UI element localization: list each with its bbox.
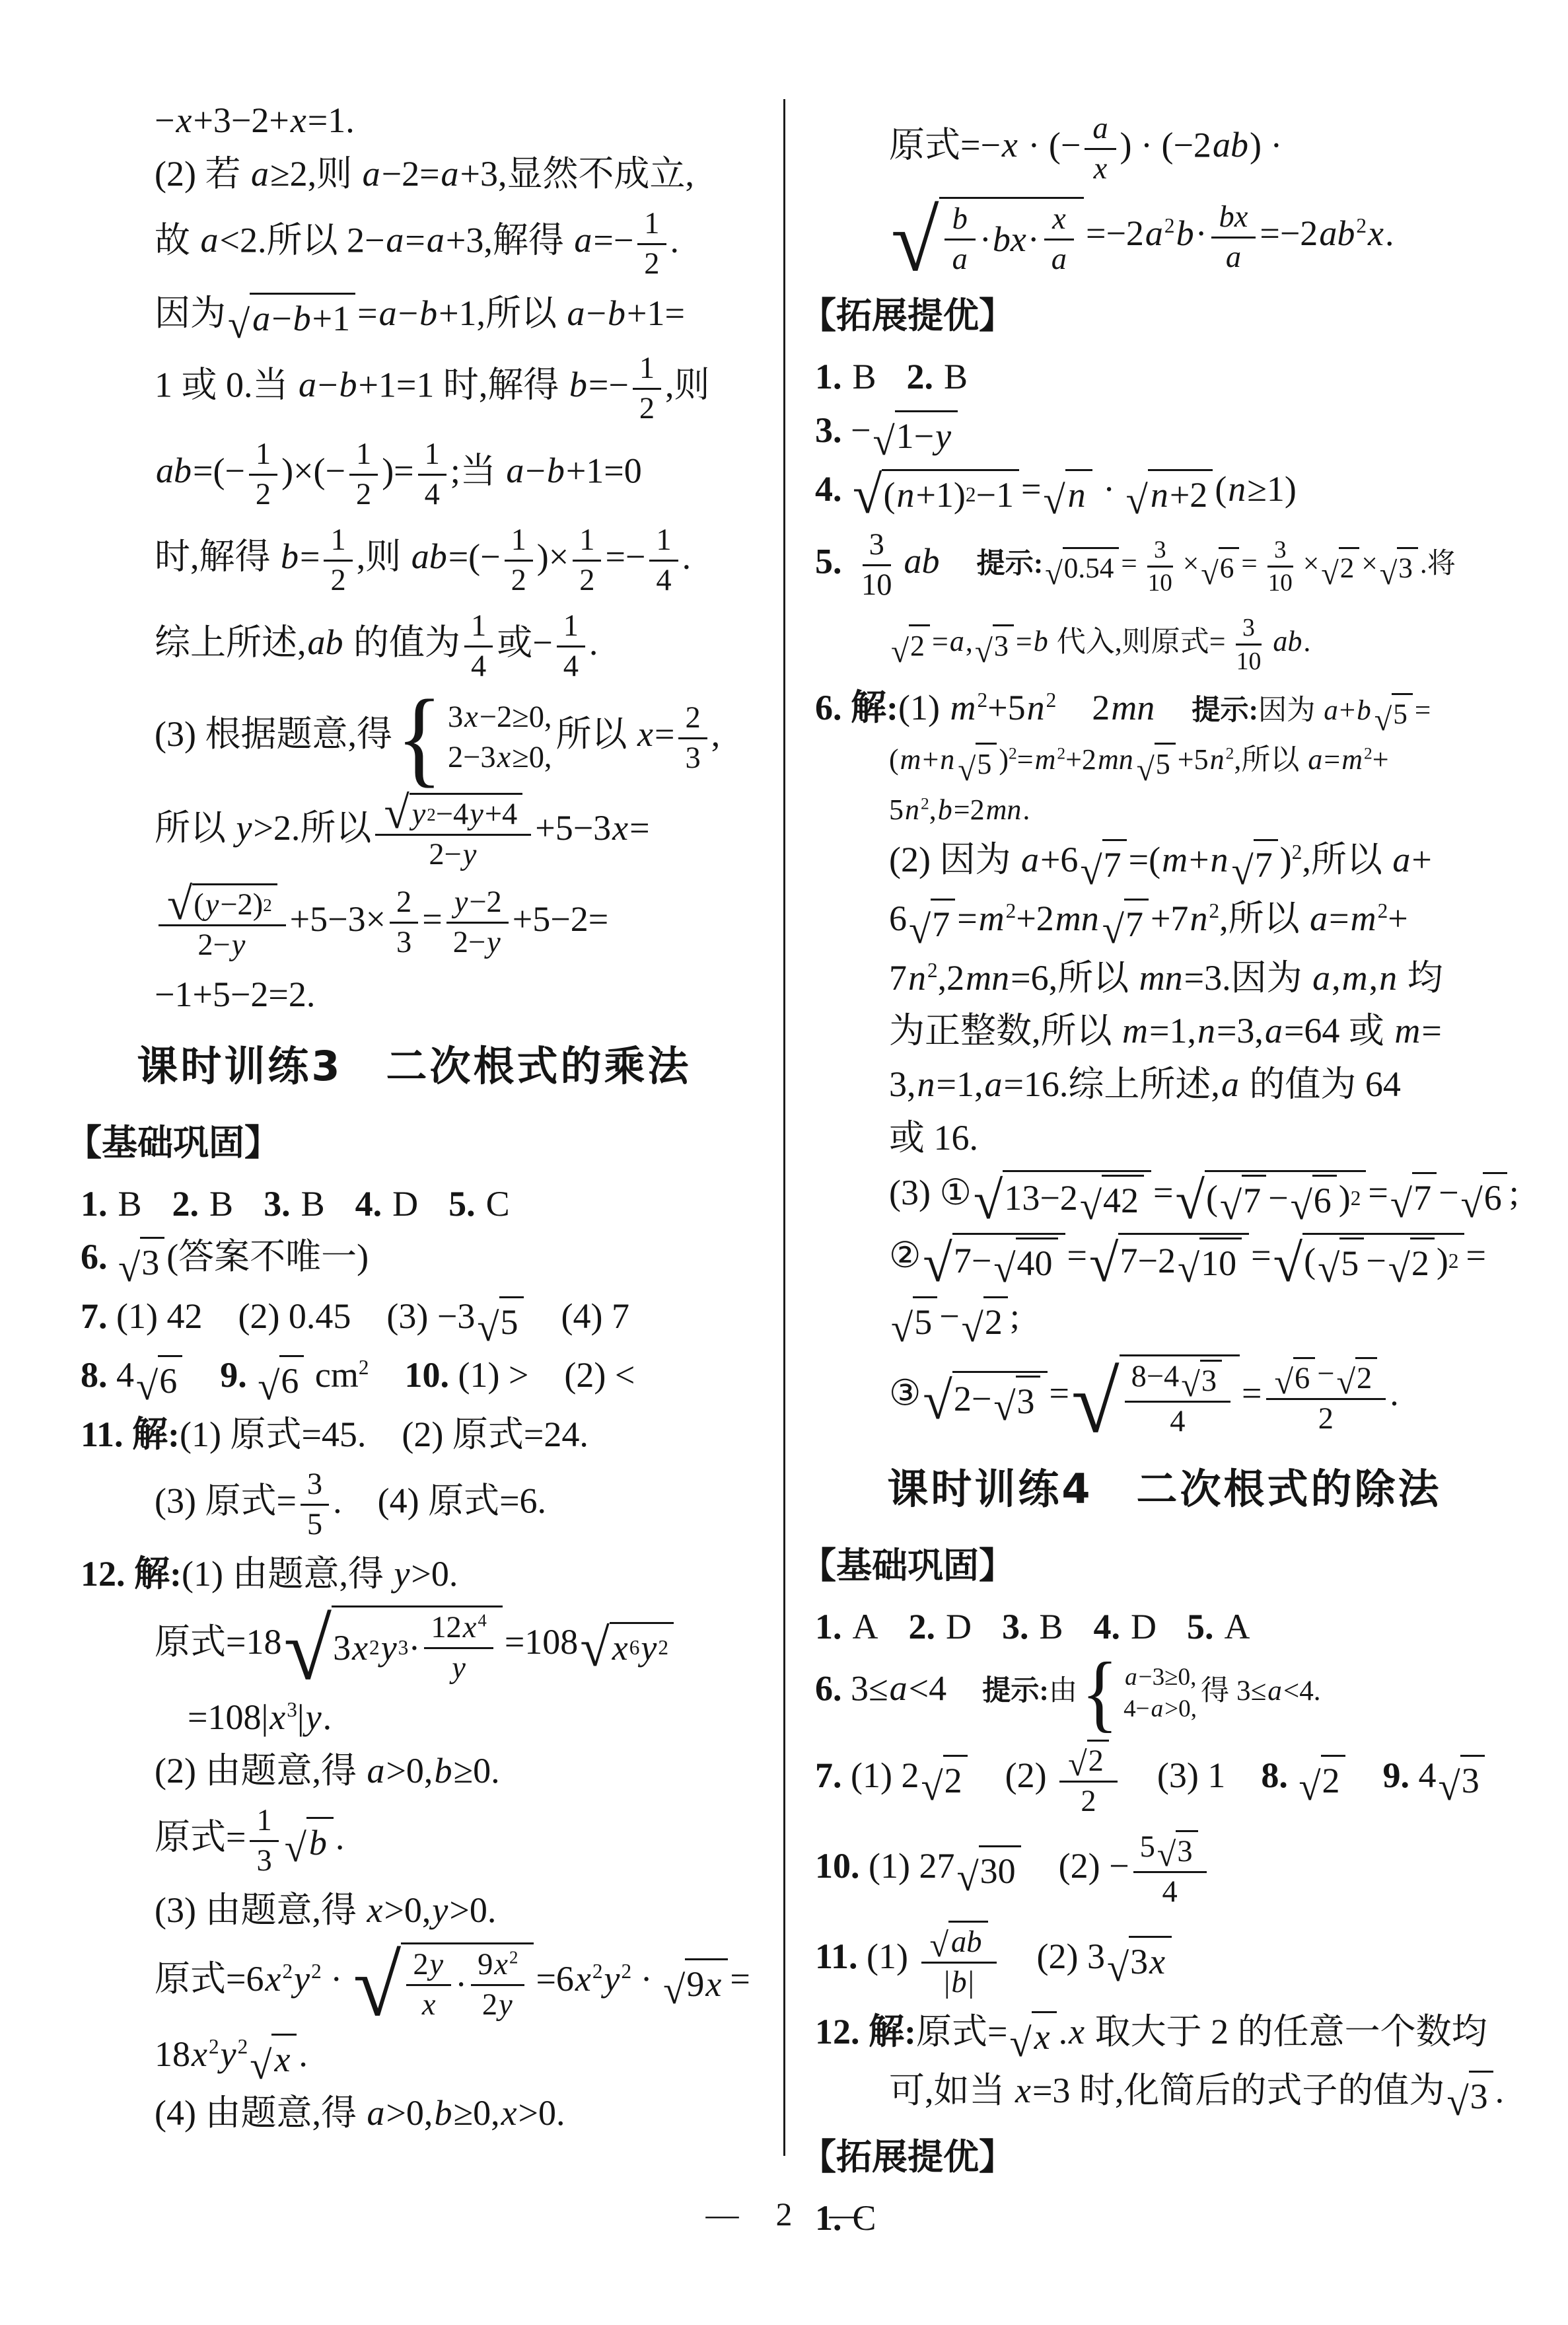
radical-sign: √ — [228, 308, 250, 342]
radical: √7 — [1390, 1172, 1437, 1220]
footer-dash-right: — — [830, 2196, 863, 2233]
superscript: 3 — [287, 1698, 297, 1721]
radical: √7−2√10 — [1089, 1233, 1249, 1285]
math-line: 因为√a−b+1=a−b+1,所以 a−b+1= — [63, 292, 765, 341]
fraction: √ab|b| — [921, 1920, 997, 2000]
radical: √6 — [136, 1355, 182, 1403]
math-line: ab=(−12)×(−12)=14;当 a−b+1=0 — [63, 437, 765, 512]
radical-sign: √ — [1043, 484, 1065, 517]
chapter-heading: 课时训练3 二次根式的乘法 — [63, 1033, 765, 1092]
answer-number: 4. — [355, 1184, 382, 1224]
radical-sign: √ — [1175, 1178, 1204, 1224]
radical: √7 — [1232, 839, 1278, 887]
radical: √2 — [1321, 547, 1359, 586]
math-line: 6√7=m2+2mn√7+7n2,所以 a=m2+ — [798, 897, 1531, 946]
answer-number: 5. — [1187, 1607, 1214, 1646]
radical-sign: √ — [580, 1625, 609, 1671]
answer-letter: D — [946, 1607, 972, 1646]
math-line: 3. −√1−y — [798, 409, 1531, 458]
radical-sign: √ — [136, 1370, 158, 1403]
fraction: √22 — [1059, 1739, 1118, 1819]
bold-text: 6. — [815, 688, 842, 727]
right-column: 原式=−x · (−ax) · (−2ab) ·√ba·bx·xa=−2a2b·… — [798, 111, 1531, 2250]
answer-number: 1. — [815, 357, 842, 396]
math-line: 12. 解:原式=√x.x 取大于 2 的任意一个数均 — [798, 2011, 1531, 2059]
radical: √1−y — [873, 410, 958, 458]
bold-text: 8. — [81, 1355, 108, 1395]
superscript: 2 — [209, 2035, 219, 2058]
fraction: √(y−2)22−y — [159, 883, 286, 963]
superscript: 2 — [921, 793, 929, 813]
radical: √3x — [1107, 1936, 1172, 1983]
superscript: 2 — [1009, 743, 1017, 762]
superscript: 2 — [509, 1947, 518, 1967]
radical-sign: √ — [1273, 1241, 1302, 1286]
math-line: 7n2,2mn=6,所以 mn=3.因为 a,m,n 均 — [798, 957, 1531, 1000]
superscript: 2 — [1057, 743, 1065, 762]
radical-sign: √ — [477, 1311, 499, 1345]
section-label: 【拓展提优】 — [798, 2129, 1531, 2180]
radical: √13−2√42 — [974, 1170, 1151, 1222]
superscript: 2 — [1226, 743, 1234, 762]
radical-sign: √ — [1102, 913, 1124, 947]
superscript: 2 — [977, 688, 987, 712]
bold-text: 提示: — [1192, 695, 1258, 726]
math-line: (3) 原式=35. (4) 原式=6. — [63, 1467, 765, 1542]
math-line: (3) ①√13−2√42=√(√7−√6)2=√7−√6; — [798, 1170, 1531, 1222]
math-line: (2) 若 a≥2,则 a−2=a+3,显然不成立, — [63, 153, 765, 196]
radical: √(√7−√6)2 — [1175, 1170, 1366, 1222]
answer-letter: C — [486, 1184, 510, 1224]
fraction: xa — [1044, 202, 1075, 277]
radical: √3 — [1380, 547, 1418, 586]
answer-letter: A — [853, 1607, 878, 1646]
bold-text: 11. — [815, 1937, 858, 1976]
radical-sign: √ — [993, 1390, 1015, 1424]
chapter-heading: 课时训练4 二次根式的除法 — [798, 1456, 1531, 1515]
radical-sign: √ — [1071, 1366, 1120, 1440]
fraction: 12 — [633, 351, 661, 426]
math-line: 6. √3(答案不唯一) — [63, 1236, 765, 1284]
bold-text: 7. — [815, 1755, 842, 1795]
math-line: −x+3−2+x=1. — [63, 99, 765, 142]
math-line: 为正整数,所以 m=1,n=3,a=64 或 m= — [798, 1010, 1531, 1052]
bold-text: 9. — [1383, 1755, 1410, 1795]
math-line: 12. 解:(1) 由题意,得 y>0. — [63, 1553, 765, 1596]
superscript: 2 — [1006, 899, 1016, 922]
bold-text: 11. — [81, 1415, 124, 1454]
math-line: 11. 解:(1) 原式=45. (2) 原式=24. — [63, 1413, 765, 1456]
radical-sign: √ — [1045, 560, 1063, 587]
workbook-answer-page: −x+3−2+x=1.(2) 若 a≥2,则 a−2=a+3,显然不成立,故 a… — [0, 0, 1568, 2325]
math-line: √ba·bx·xa=−2a2b·bxa=−2ab2x. — [798, 197, 1531, 277]
radical: √40 — [993, 1237, 1057, 1285]
radical: √(y−2)2 — [167, 883, 277, 922]
fraction: 12 — [349, 437, 378, 512]
math-line: (3) 根据题意,得{3x−2≥0,2−3x≥0,所以 x=23, — [63, 694, 765, 781]
math-line: √2=a,√3=b 代入,则原式=310ab. — [798, 613, 1531, 676]
math-line: 时,解得 b=12,则 ab=(−12)×12=−14. — [63, 523, 765, 598]
math-line: (2) 由题意,得 a>0,b≥0. — [63, 1750, 765, 1792]
radical-sign: √ — [1275, 1368, 1294, 1397]
radical-sign: √ — [962, 1311, 983, 1345]
radical-sign: √ — [975, 638, 993, 665]
fraction: 12 — [505, 523, 533, 598]
math-line: 故 a<2.所以 2−a=a+3,解得 a=−12. — [63, 206, 765, 281]
radical-sign: √ — [1232, 854, 1254, 888]
answer-letter: B — [301, 1184, 325, 1224]
answer-row: 1.B2.B — [798, 355, 1531, 398]
radical: √7 — [909, 899, 955, 946]
radical: √5 — [1137, 743, 1176, 782]
bold-text: 6. — [815, 1668, 842, 1708]
radical-sign: √ — [923, 1241, 952, 1286]
radical: √ab — [930, 1921, 989, 1960]
fraction: 5√34 — [1133, 1829, 1207, 1909]
radical-sign: √ — [993, 1252, 1015, 1286]
radical-sign: √ — [258, 1370, 279, 1403]
fraction: 14 — [418, 437, 446, 512]
hint-text: 提示:因为 a+b√5= — [1192, 695, 1431, 726]
bold-text: 10. — [815, 1846, 860, 1886]
bold-text: 5. — [815, 541, 842, 581]
radical-sign: √ — [1009, 2026, 1031, 2060]
answer-letter: B — [118, 1184, 142, 1224]
fraction: 310 — [855, 527, 898, 603]
radical: √42 — [1080, 1175, 1144, 1222]
radical-sign: √ — [1201, 560, 1219, 587]
answer-letter: B — [209, 1184, 233, 1224]
superscript: 4 — [478, 1611, 486, 1631]
radical-sign: √ — [853, 472, 882, 518]
radical-sign: √ — [250, 2049, 271, 2083]
superscript: 2 — [1364, 743, 1372, 762]
radical: √5 — [477, 1296, 523, 1344]
radical-sign: √ — [167, 885, 192, 924]
radical: √a−b+1 — [228, 293, 355, 340]
math-line: 所以 y>2.所以√y2−4y+42−y+5−3x= — [63, 792, 765, 871]
radical: √7−√40 — [923, 1233, 1065, 1285]
answer-number: 2. — [907, 357, 934, 396]
math-line: √(y−2)22−y+5−3×23=y−22−y+5−2= — [63, 883, 765, 963]
fraction: 12 — [573, 523, 601, 598]
math-line: 8. 4√6 9. √6 cm2 10. (1) > (2) < — [63, 1354, 765, 1403]
radical: √2 — [891, 624, 930, 664]
fraction: 23 — [678, 700, 707, 776]
bold-text: 9. — [220, 1355, 247, 1395]
math-line: (m+n√5)2=m2+2mn√5+5n2,所以 a=m2+ — [798, 743, 1531, 782]
radical-sign: √ — [1299, 1770, 1320, 1804]
hint-text: 提示:由{a−3≥0,4−a>0,得 3≤a<4. — [982, 1676, 1321, 1707]
bold-text: 解: — [134, 1554, 182, 1594]
bold-text: 解: — [132, 1415, 180, 1454]
math-line: 综上所述,ab 的值为14或−14. — [63, 609, 765, 684]
section-label: 【基础巩固】 — [798, 1537, 1531, 1588]
fraction: √6−√22 — [1266, 1356, 1386, 1436]
answer-letter: B — [853, 357, 876, 396]
math-line: 原式=18√3x2y3·12x4y=108√x6y2 — [63, 1605, 765, 1685]
radical-sign: √ — [663, 1974, 685, 2007]
page-number: 2 — [776, 2196, 793, 2233]
radical-sign: √ — [1318, 1252, 1339, 1286]
math-line: ②√7−√40=√7−2√10=√(√5−√2)2= — [798, 1233, 1531, 1285]
radical: √(n+1)2−1 — [853, 469, 1019, 517]
superscript: 2 — [238, 2035, 248, 2058]
radical-sign: √ — [1461, 1187, 1483, 1221]
bold-text: 提示: — [982, 1676, 1049, 1707]
section-label: 【基础巩固】 — [63, 1115, 765, 1165]
radical: √8−4√34 — [1071, 1354, 1240, 1439]
fraction: 35 — [301, 1467, 329, 1542]
math-line: 5. 310ab 提示:√0.54=310×√6=310×√2×√3.将 — [798, 527, 1531, 603]
math-line: 7. (1) 42 (2) 0.45 (3) −3√5 (4) 7 — [63, 1295, 765, 1344]
radical-sign: √ — [873, 425, 894, 459]
math-line: (4) 由题意,得 a>0,b≥0,x>0. — [63, 2092, 765, 2135]
radical: √0.54 — [1045, 547, 1119, 586]
footer-dash-left: — — [706, 2196, 739, 2233]
answer-row: 1.B2.B3.B4.D5.C — [63, 1183, 765, 1226]
answer-row: 1.A2.D3.B4.D5.A — [798, 1605, 1531, 1648]
radical-sign: √ — [1291, 1189, 1312, 1223]
superscript: 2 — [622, 1960, 632, 1983]
math-line: 10. (1) 27√30 (2) −5√34 — [798, 1829, 1531, 1909]
fraction: ba — [944, 202, 976, 277]
radical: √9x — [663, 1958, 728, 2006]
math-line: 5n2,b=2mn. — [798, 793, 1531, 828]
radical: √5 — [1318, 1237, 1364, 1285]
radical: √2 — [1388, 1237, 1435, 1285]
radical: √7 — [1102, 899, 1149, 946]
answer-number: 2. — [909, 1607, 936, 1646]
radical-sign: √ — [285, 1831, 306, 1865]
radical-sign: √ — [1380, 560, 1398, 587]
fraction: 23 — [390, 885, 418, 960]
radical: √5 — [1374, 693, 1413, 732]
math-line: 原式=13√b. — [63, 1803, 765, 1878]
fraction: 9x22y — [471, 1947, 524, 2022]
superscript: 2 — [1164, 214, 1175, 237]
math-line: 7. (1) 2√2 (2) √22 (3) 1 8. √2 9. 4√3 — [798, 1739, 1531, 1819]
bold-text: 解: — [851, 688, 898, 727]
fraction: 12 — [249, 437, 277, 512]
brace-cases: {3x−2≥0,2−3x≥0, — [396, 694, 552, 781]
upright-text: cm — [315, 1355, 359, 1395]
math-line: ③√2−√3=√8−4√34=√6−√22. — [798, 1354, 1531, 1439]
fraction: 310 — [1141, 536, 1179, 597]
bold-text: 12. — [815, 2012, 860, 2051]
radical: √2yx·9x22y — [353, 1942, 534, 2022]
radical: √5 — [891, 1296, 937, 1344]
radical-sign: √ — [1089, 1241, 1118, 1286]
radical-sign: √ — [283, 1613, 332, 1687]
radical-sign: √ — [1181, 1371, 1200, 1400]
math-line: 1 或 0.当 a−b+1=1 时,解得 b=−12,则 — [63, 351, 765, 426]
radical: √3x2y3·12x4y — [283, 1605, 502, 1685]
radical: √5 — [958, 743, 997, 782]
answer-number: 1. — [81, 1184, 108, 1224]
fraction: 13 — [250, 1803, 278, 1878]
bold-text: 7. — [81, 1296, 108, 1336]
fraction: 14 — [464, 609, 493, 684]
radical-sign: √ — [1157, 1841, 1176, 1870]
radical: √3 — [993, 1376, 1040, 1423]
superscript: 2 — [1292, 840, 1302, 864]
radical: √2 — [962, 1296, 1008, 1344]
fraction: 310 — [1230, 613, 1268, 676]
hint-text: 提示:√0.54=310×√6=310×√2×√3.将 — [976, 548, 1455, 579]
math-line: 原式=−x · (−ax) · (−2ab) · — [798, 111, 1531, 186]
radical-sign: √ — [923, 1378, 952, 1424]
fraction: √y2−4y+42−y — [375, 792, 531, 871]
radical-sign: √ — [909, 913, 931, 947]
radical: √2−√3 — [923, 1371, 1047, 1423]
radical-sign: √ — [974, 1178, 1003, 1224]
radical: √x — [250, 2034, 297, 2081]
radical-sign: √ — [1080, 854, 1102, 888]
radical: √x6y2 — [580, 1622, 674, 1670]
radical: √6 — [1461, 1172, 1507, 1220]
radical: √3 — [1181, 1360, 1222, 1399]
radical: √3 — [975, 624, 1014, 664]
math-line: 或 16. — [798, 1117, 1531, 1160]
column-divider-rule — [783, 99, 785, 2156]
math-line: 6. 解:(1) m2+5n2 2mn 提示:因为 a+b√5= — [798, 686, 1531, 733]
answer-letter: D — [1131, 1607, 1157, 1646]
radical: √b — [285, 1817, 334, 1864]
bold-text: 6. — [81, 1237, 108, 1276]
radical-sign: √ — [1126, 484, 1148, 517]
superscript: 2 — [359, 1356, 369, 1379]
answer-number: 3. — [1002, 1607, 1029, 1646]
superscript: 2 — [927, 959, 938, 982]
math-line: 可,如当 x=3 时,化简后的式子的值为√3. — [798, 2069, 1531, 2118]
radical-sign: √ — [956, 1861, 978, 1894]
math-line: 18x2y2√x. — [63, 2033, 765, 2082]
left-brace-glyph: { — [1081, 1654, 1118, 1732]
bold-text: 解: — [869, 2012, 916, 2051]
bold-text: 3. — [815, 410, 842, 450]
radical: √7 — [1220, 1175, 1266, 1222]
radical: √2 — [1068, 1740, 1109, 1779]
radical: √6 — [1201, 547, 1239, 586]
answer-number: 1. — [815, 1607, 842, 1646]
radical-sign: √ — [118, 1251, 140, 1285]
radical-sign: √ — [1321, 560, 1339, 587]
answer-letter: A — [1225, 1607, 1250, 1646]
superscript: 2 — [1356, 214, 1367, 237]
bold-text: 提示: — [976, 548, 1043, 579]
radical: √3 — [118, 1237, 164, 1284]
radical-sign: √ — [1107, 1951, 1129, 1985]
math-line: 原式=6x2y2 · √2yx·9x22y=6x2y2 · √9x= — [63, 1942, 765, 2022]
bold-text: 10. — [405, 1355, 450, 1395]
math-line: =108|x3|y. — [63, 1696, 765, 1739]
superscript: 2 — [1209, 899, 1219, 922]
radical: √6 — [1275, 1357, 1316, 1396]
math-line: (3) 由题意,得 x>0,y>0. — [63, 1889, 765, 1932]
fraction: 14 — [557, 609, 585, 684]
radical: √30 — [956, 1845, 1020, 1893]
bold-text: 4. — [815, 469, 842, 509]
radical-sign: √ — [1220, 1189, 1242, 1223]
fraction: 14 — [649, 523, 678, 598]
radical-sign: √ — [384, 793, 409, 832]
math-line: 6. 3≤a<4 提示:由{a−3≥0,4−a>0,得 3≤a<4. — [798, 1659, 1531, 1728]
radical-sign: √ — [1390, 1187, 1412, 1221]
radical-sign: √ — [1178, 1252, 1199, 1286]
superscript: 2 — [592, 1960, 603, 1983]
answer-number: 4. — [1094, 1607, 1121, 1646]
fraction: bxa — [1211, 200, 1256, 275]
radical: √ba·bx·xa — [891, 197, 1084, 277]
superscript: 2 — [1046, 688, 1057, 712]
brace-cases: {a−3≥0,4−a>0, — [1081, 1659, 1197, 1728]
radical: √3 — [1446, 2071, 1493, 2118]
radical-sign: √ — [891, 1311, 913, 1345]
radical: √n — [1043, 469, 1092, 517]
fraction: 310 — [1262, 536, 1299, 597]
answer-number: 2. — [172, 1184, 199, 1224]
fraction: ax — [1085, 111, 1116, 186]
radical-sign: √ — [1446, 2085, 1468, 2119]
radical-sign: √ — [958, 756, 976, 784]
fraction: 8−4√34 — [1125, 1359, 1230, 1439]
superscript: 2 — [311, 1960, 322, 1983]
radical-sign: √ — [1388, 1252, 1410, 1286]
math-line: 11. (1) √ab|b| (2) 3√3x — [798, 1920, 1531, 2000]
superscript: 2 — [282, 1960, 293, 1983]
math-line: 3,n=1,a=16.综上所述,a 的值为 64 — [798, 1063, 1531, 1106]
radical: √x — [1009, 2011, 1056, 2059]
radical: √n+2 — [1126, 469, 1213, 517]
radical-sign: √ — [891, 638, 909, 665]
radical: √6 — [1291, 1175, 1337, 1222]
section-label: 【拓展提优】 — [798, 287, 1531, 338]
radical: √3 — [1439, 1755, 1485, 1802]
answer-letter: D — [392, 1184, 418, 1224]
fraction: 2yx — [406, 1947, 451, 2022]
left-column: −x+3−2+x=1.(2) 若 a≥2,则 a−2=a+3,显然不成立,故 a… — [63, 99, 765, 2145]
radical: √3 — [1157, 1830, 1198, 1869]
answer-letter: B — [944, 357, 968, 396]
answer-number: 5. — [448, 1184, 476, 1224]
radical: √y2−4y+4 — [384, 792, 522, 831]
bold-text: 12. — [81, 1554, 125, 1594]
radical-sign: √ — [1068, 1750, 1087, 1779]
radical-sign: √ — [891, 204, 939, 278]
radical-sign: √ — [1374, 706, 1392, 733]
left-brace-glyph: { — [396, 689, 443, 786]
fraction: 12 — [637, 206, 666, 281]
answer-letter: B — [1040, 1607, 1063, 1646]
page-footer: —2— — [0, 2195, 1568, 2233]
math-line: −1+5−2=2. — [63, 973, 765, 1016]
math-line: 4. √(n+1)2−1=√n · √n+2(n≥1) — [798, 468, 1531, 517]
fraction: 12x4y — [424, 1610, 493, 1685]
superscript: 2 — [1378, 899, 1388, 922]
fraction: y−22−y — [446, 885, 509, 960]
radical: √2 — [1336, 1357, 1377, 1396]
radical: √(√5−√2)2 — [1273, 1233, 1464, 1285]
fraction: 12 — [324, 523, 352, 598]
radical-sign: √ — [1080, 1189, 1102, 1223]
math-line: √5−√2; — [798, 1295, 1531, 1344]
radical: √2 — [921, 1755, 967, 1802]
radical: √7 — [1080, 839, 1126, 887]
math-line: (2) 因为 a+6√7=(m+n√7)2,所以 a+ — [798, 838, 1531, 887]
radical-sign: √ — [1439, 1770, 1460, 1804]
radical-sign: √ — [353, 1949, 402, 2023]
